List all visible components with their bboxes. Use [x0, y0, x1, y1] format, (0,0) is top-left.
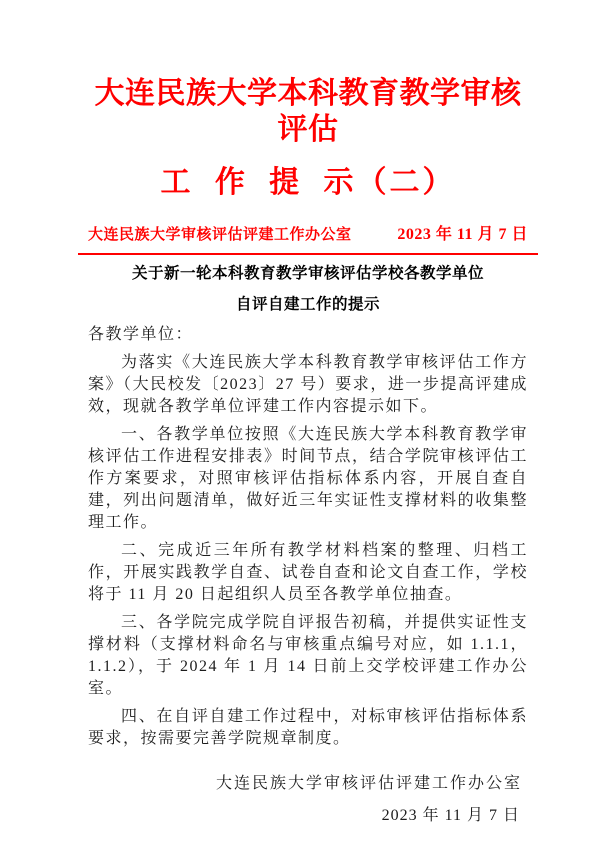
paragraph-item-3: 三、各学院完成学院自评报告初稿，并提供实证性支撑材料（支撑材料命名与审核重点编号…: [88, 612, 528, 700]
notice-subtitle-line1: 关于新一轮本科教育教学审核评估学校各教学单位: [88, 264, 528, 284]
document-page: 大连民族大学本科教育教学审核评估 工 作 提 示（二） 大连民族大学审核评估评建…: [0, 0, 615, 862]
signature-date: 2023 年 11 月 7 日: [88, 805, 528, 827]
paragraph-item-4: 四、在自评自建工作过程中，对标审核评估指标体系要求，按需要完善学院规章制度。: [88, 706, 528, 750]
paragraph-item-1: 一、各教学单位按照《大连民族大学本科教育教学审核评估工作进程安排表》时间节点，结…: [88, 424, 528, 534]
document-title-line1: 大连民族大学本科教育教学审核评估: [88, 76, 528, 148]
masthead-row: 大连民族大学审核评估评建工作办公室 2023 年 11 月 7 日: [88, 221, 528, 244]
notice-subtitle-line2: 自评自建工作的提示: [88, 295, 528, 315]
masthead-issuing-office: 大连民族大学审核评估评建工作办公室: [88, 223, 352, 244]
salutation: 各教学单位：: [88, 324, 528, 346]
signature-office: 大连民族大学审核评估评建工作办公室: [88, 773, 528, 795]
red-divider-rule: [78, 253, 538, 255]
masthead-date: 2023 年 11 月 7 日: [397, 221, 528, 244]
paragraph-intro: 为落实《大连民族大学本科教育教学审核评估工作方案》（大民校发〔2023〕27 号…: [88, 352, 528, 418]
paragraph-item-2: 二、完成近三年所有教学材料档案的整理、归档工作，开展实践教学自查、试卷自查和论文…: [88, 540, 528, 606]
document-title-line2: 工 作 提 示（二）: [88, 165, 528, 201]
